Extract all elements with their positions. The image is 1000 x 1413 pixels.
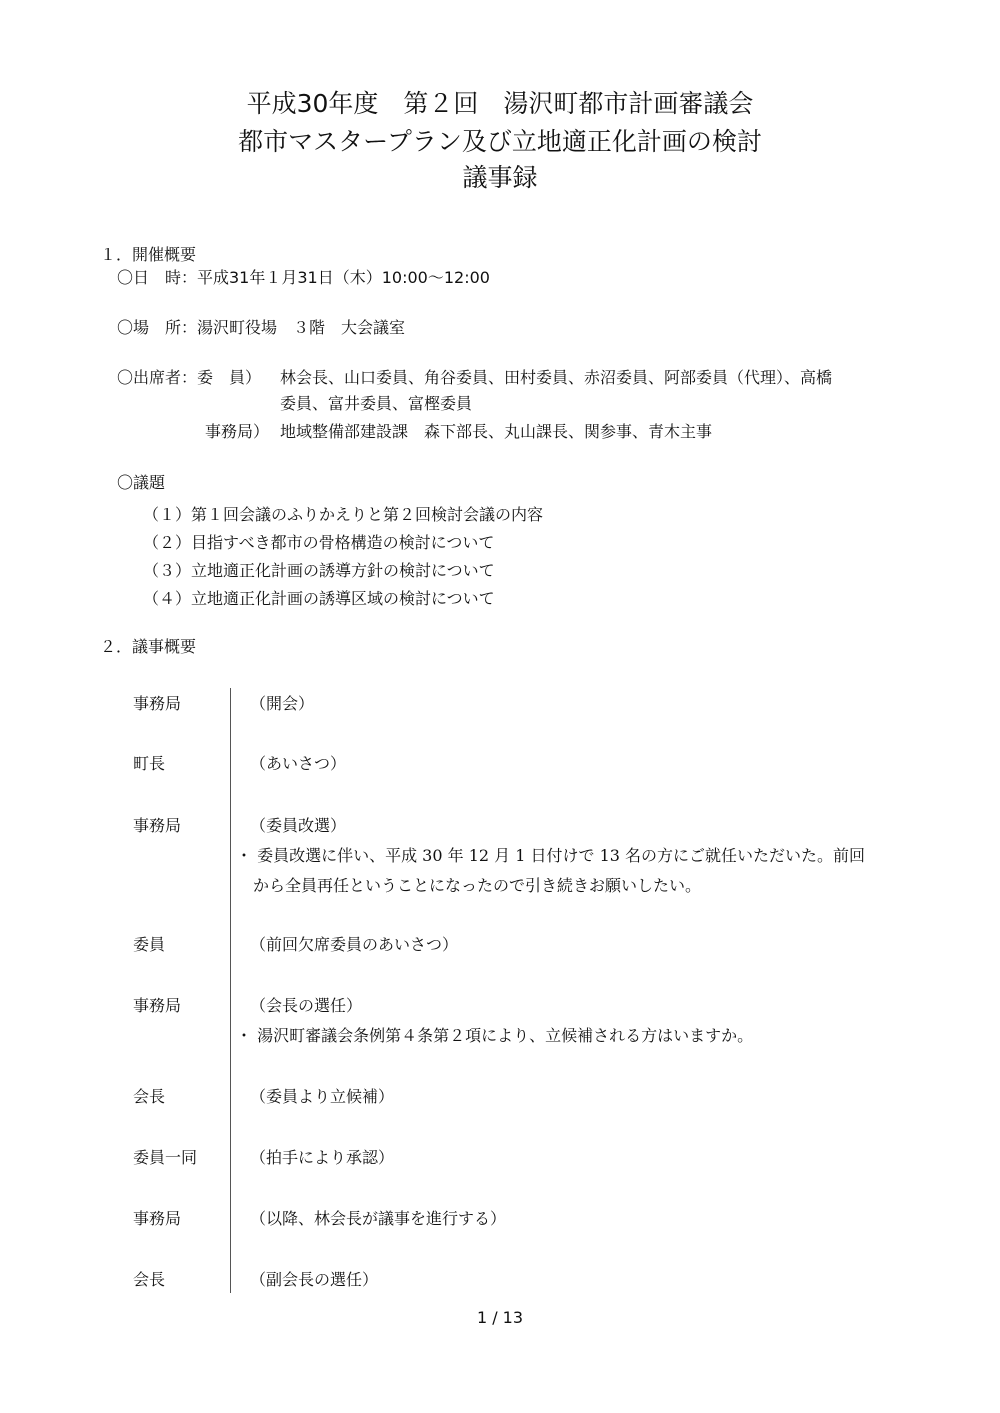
remark: （前回欠席委員のあいさつ） <box>250 935 458 955</box>
attendees-label: 〇出席者：委 員） <box>117 368 261 388</box>
attendees-line-1: 林会長、山口委員、角谷委員、田村委員、赤沼委員、阿部委員（代理）、高橋 <box>280 368 832 388</box>
remark: （委員より立候補） <box>250 1087 394 1107</box>
meeting-place: 〇場 所：湯沢町役場 ３階 大会議室 <box>117 318 405 338</box>
attendees-line-2: 委員、富井委員、富樫委員 <box>280 394 472 414</box>
remark: （委員改選） <box>250 816 346 836</box>
meeting-datetime: 〇日 時：平成31年１月31日（木）10:00～12:00 <box>117 268 490 288</box>
section-heading: １．開催概要 <box>100 245 196 265</box>
agenda-label: 〇議題 <box>117 473 165 493</box>
remark-bullet: ・ 湯沢町審議会条例第４条第２項により、立候補される方はいますか。 <box>236 1026 753 1046</box>
remark: （副会長の選任） <box>250 1270 378 1290</box>
title-line-1: 平成30年度 第２回 湯沢町都市計画審議会 <box>0 86 1000 122</box>
remark-bullet-continued: から全員再任ということになったので引き続きお願いしたい。 <box>253 876 701 896</box>
agenda-item: （１）第１回会議のふりかえりと第２回検討会議の内容 <box>143 505 543 525</box>
remark: （以降、林会長が議事を進行する） <box>250 1209 506 1229</box>
section-heading: ２．議事概要 <box>100 637 196 657</box>
remark: （開会） <box>250 694 314 714</box>
remark-bullet: ・ 委員改選に伴い、平成 30 年 12 月 1 日付けで 13 名の方にご就任… <box>236 846 865 866</box>
speaker-label: 事務局 <box>133 694 181 714</box>
title-line-2: 都市マスタープラン及び立地適正化計画の検討 <box>0 124 1000 160</box>
speaker-label: 会長 <box>133 1270 165 1290</box>
speaker-label: 事務局 <box>133 816 181 836</box>
speaker-label: 会長 <box>133 1087 165 1107</box>
agenda-item: （２）目指すべき都市の骨格構造の検討について <box>143 533 494 553</box>
remark: （会長の選任） <box>250 996 362 1016</box>
speaker-label: 委員 <box>133 935 165 955</box>
title-line-3: 議事録 <box>0 160 1000 196</box>
secretariat-label: 事務局） <box>205 422 269 442</box>
speaker-label: 事務局 <box>133 1209 181 1229</box>
remark: （あいさつ） <box>250 754 346 774</box>
agenda-item: （４）立地適正化計画の誘導区域の検討について <box>143 589 495 609</box>
page-number: 1 / 13 <box>0 1308 1000 1327</box>
column-divider <box>230 688 231 1293</box>
remark: （拍手により承認） <box>250 1148 394 1168</box>
speaker-label: 委員一同 <box>133 1148 197 1168</box>
agenda-item: （３）立地適正化計画の誘導方針の検討について <box>143 561 495 581</box>
speaker-label: 事務局 <box>133 996 181 1016</box>
secretariat-members: 地域整備部建設課 森下部長、丸山課長、関参事、青木主事 <box>280 422 712 442</box>
speaker-label: 町長 <box>133 754 165 774</box>
